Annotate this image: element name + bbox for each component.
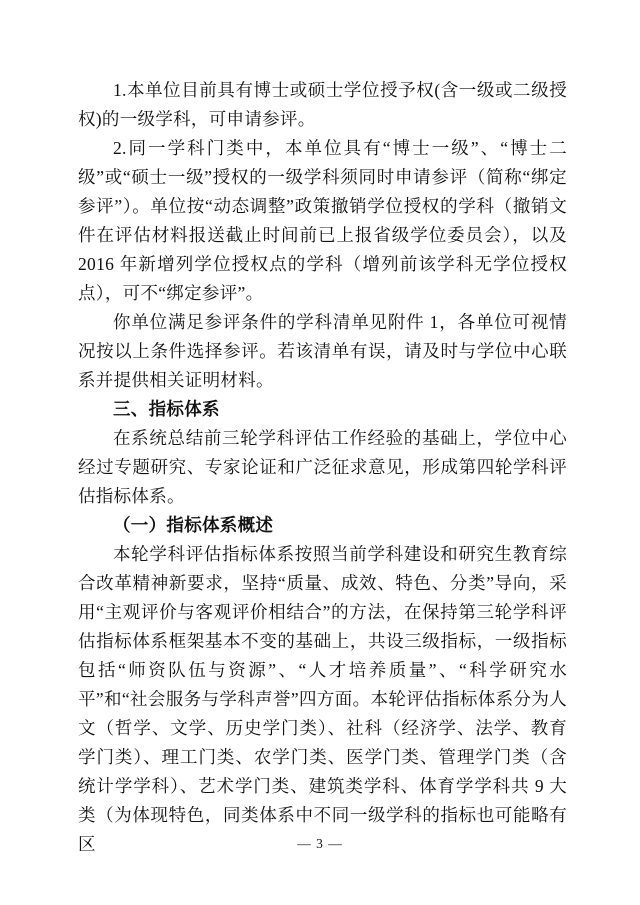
page-number: — 3 —: [0, 836, 640, 852]
document-page: 1.本单位目前具有博士或硕士学位授予权(含一级或二级授权)的一级学科，可申请参评…: [0, 0, 640, 905]
paragraph: 2.同一学科门类中，本单位具有“博士一级”、“博士二级”或“硕士一级”授权的一级…: [78, 134, 567, 308]
paragraph: 在系统总结前三轮学科评估工作经验的基础上，学位中心经过专题研究、专家论证和广泛征…: [78, 424, 567, 511]
paragraph: 本轮学科评估指标体系按照当前学科建设和研究生教育综合改革精神新要求，坚持“质量、…: [78, 540, 567, 859]
section-heading: 三、指标体系: [78, 395, 567, 424]
paragraph: 你单位满足参评条件的学科清单见附件 1，各单位可视情况按以上条件选择参评。若该清…: [78, 308, 567, 395]
paragraph: 1.本单位目前具有博士或硕士学位授予权(含一级或二级授权)的一级学科，可申请参评…: [78, 76, 567, 134]
document-body: 1.本单位目前具有博士或硕士学位授予权(含一级或二级授权)的一级学科，可申请参评…: [78, 76, 567, 859]
section-subheading: （一）指标体系概述: [78, 511, 567, 540]
